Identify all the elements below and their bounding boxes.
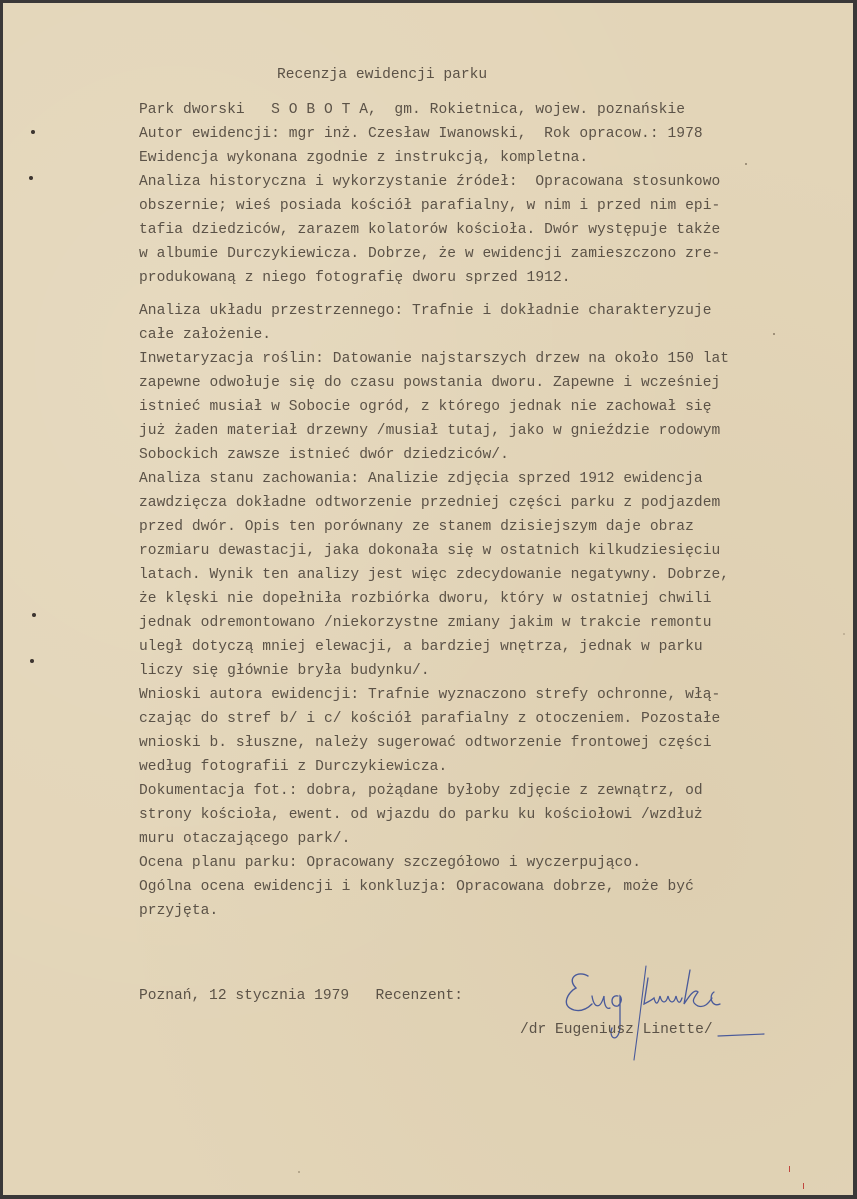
punch-hole-mark bbox=[30, 659, 34, 663]
text-line: Sobockich zawsze istnieć dwór dziedziców… bbox=[139, 445, 509, 465]
text-line: Wnioski autora ewidencji: Trafnie wyznac… bbox=[139, 685, 720, 705]
text-line: Park dworski S O B O T A, gm. Rokietnica… bbox=[139, 100, 685, 120]
text-line: produkowaną z niego fotografię dworu spr… bbox=[139, 268, 571, 288]
place-date: Poznań, 12 stycznia 1979 bbox=[139, 988, 349, 1004]
text-line: przyjęta. bbox=[139, 901, 218, 921]
text-line: Autor ewidencji: mgr inż. Czesław Iwanow… bbox=[139, 124, 703, 144]
text-line: czając do stref b/ i c/ kościół parafial… bbox=[139, 709, 720, 729]
text-line: jednak odremontowano /niekorzystne zmian… bbox=[139, 613, 712, 633]
text-line: Ocena planu parku: Opracowany szczegółow… bbox=[139, 853, 641, 873]
text-line: zawdzięcza dokładne odtworzenie przednie… bbox=[139, 493, 720, 513]
red-mark bbox=[789, 1166, 790, 1172]
text-line: Analiza układu przestrzennego: Trafnie i… bbox=[139, 301, 712, 321]
text-line: Ewidencja wykonana zgodnie z instrukcją,… bbox=[139, 148, 588, 168]
text-line: istnieć musiał w Sobocie ogród, z któreg… bbox=[139, 397, 712, 417]
text-line: całe założenie. bbox=[139, 325, 271, 345]
text-line: w albumie Durczykiewicza. Dobrze, że w e… bbox=[139, 244, 720, 264]
reviewer-label: Recenzent: bbox=[375, 988, 463, 1004]
text-line: latach. Wynik ten analizy jest więc zdec… bbox=[139, 565, 729, 585]
text-line: obszernie; wieś posiada kościół parafial… bbox=[139, 196, 720, 216]
text-line: Analiza stanu zachowania: Analizie zdjęc… bbox=[139, 469, 703, 489]
reviewer-name: /dr Eugeniusz Linette/ bbox=[520, 1022, 713, 1038]
document-title: Recenzja ewidencji parku bbox=[277, 67, 487, 83]
text-line: Analiza historyczna i wykorzystanie źród… bbox=[139, 172, 720, 192]
text-line: strony kościoła, ewent. od wjazdu do par… bbox=[139, 805, 703, 825]
text-line: według fotografii z Durczykiewicza. bbox=[139, 757, 447, 777]
document-body: Park dworski S O B O T A, gm. Rokietnica… bbox=[139, 3, 174, 579]
text-line: rozmiaru dewastacji, jaka dokonała się w… bbox=[139, 541, 720, 561]
text-line: Dokumentacja fot.: dobra, pożądane byłob… bbox=[139, 781, 703, 801]
text-line: Ogólna ocena ewidencji i konkluzja: Opra… bbox=[139, 877, 694, 897]
text-line: uległ dotyczą mniej elewacji, a bardziej… bbox=[139, 637, 703, 657]
punch-hole-mark bbox=[32, 613, 36, 617]
text-line: wnioski b. słuszne, należy sugerować odt… bbox=[139, 733, 712, 753]
paper-speck bbox=[745, 163, 747, 165]
document-page: Recenzja ewidencji parku Park dworski S … bbox=[3, 3, 853, 1195]
punch-hole-mark bbox=[31, 130, 35, 134]
text-line: przed dwór. Opis ten porównany ze stanem… bbox=[139, 517, 694, 537]
signature-icon bbox=[548, 958, 768, 1068]
text-line: zapewne odwołuje się do czasu powstania … bbox=[139, 373, 720, 393]
punch-hole-mark bbox=[29, 176, 33, 180]
spacer bbox=[349, 988, 375, 1004]
paper-speck bbox=[773, 333, 775, 335]
text-line: tafia dziedziców, zarazem kolatorów kośc… bbox=[139, 220, 720, 240]
paper-speck bbox=[298, 1171, 300, 1173]
closing-line: Poznań, 12 stycznia 1979 Recenzent: bbox=[139, 988, 463, 1004]
text-line: że klęski nie dopełniła rozbiórka dworu,… bbox=[139, 589, 712, 609]
text-line: liczy się głównie bryła budynku/. bbox=[139, 661, 430, 681]
paper-speck bbox=[843, 633, 845, 635]
text-line: muru otaczającego park/. bbox=[139, 829, 350, 849]
text-line: Inwetaryzacja roślin: Datowanie najstars… bbox=[139, 349, 729, 369]
red-mark bbox=[803, 1183, 804, 1189]
text-line: już żaden materiał drzewny /musiał tutaj… bbox=[139, 421, 720, 441]
